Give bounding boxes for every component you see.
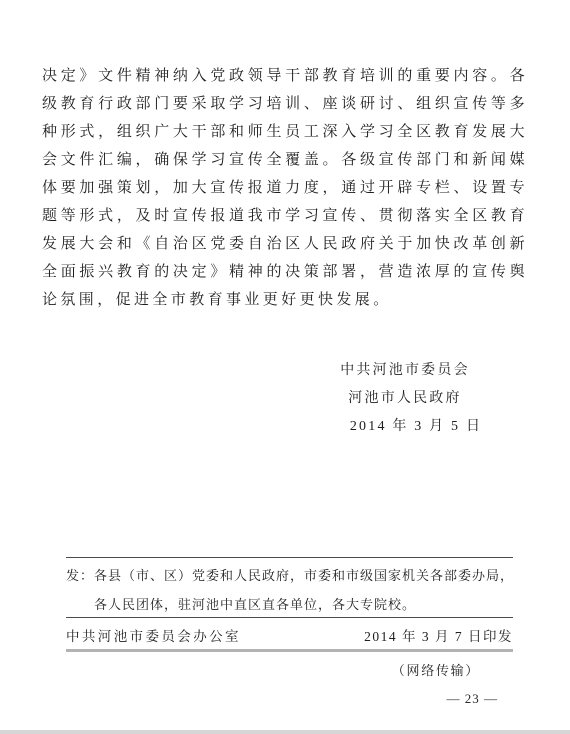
transmission-note: （网络传输） xyxy=(392,660,480,679)
body-line: 题等形式，及时宣传报道我市学习宣传、贯彻落实全区教育 xyxy=(42,202,528,230)
footer-bottom-divider xyxy=(66,649,513,652)
distribution-line: 各县（市、区）党委和人民政府，市委和市级国家机关各部委办局， xyxy=(94,561,526,590)
signature-date: 2014 年 3 月 5 日 xyxy=(342,413,490,441)
scan-edge-bottom xyxy=(0,730,570,734)
distribution-label: 发： xyxy=(66,561,94,590)
signature-government: 河池市人民政府 xyxy=(320,385,490,413)
body-line: 全面振兴教育的决定》精神的决策部署，营造浓厚的宣传舆 xyxy=(42,258,528,286)
footer-print-date: 2014 年 3 月 7 日印发 xyxy=(364,627,513,647)
footer-issuing-office: 中共河池市委员会办公室 xyxy=(66,627,241,647)
body-line: 种形式，组织广大干部和师生员工深入学习全区教育发展大 xyxy=(42,118,528,146)
footer-top-divider xyxy=(66,617,513,618)
body-line: 发展大会和《自治区党委自治区人民政府关于加快改革创新 xyxy=(42,230,528,258)
distribution-section: 发： 各县（市、区）党委和人民政府，市委和市级国家机关各部委办局， 各人民团体，… xyxy=(66,561,526,619)
signature-block: 中共河池市委员会 河池市人民政府 2014 年 3 月 5 日 xyxy=(320,357,490,441)
footer-issuer-row: 中共河池市委员会办公室 2014 年 3 月 7 日印发 xyxy=(66,627,513,647)
distribution-list: 各县（市、区）党委和人民政府，市委和市级国家机关各部委办局， 各人民团体，驻河池… xyxy=(94,561,526,619)
distribution-top-divider xyxy=(66,557,513,558)
body-line: 体要加强策划，加大宣传报道力度，通过开辟专栏、设置专 xyxy=(42,174,528,202)
page-number: — 23 — xyxy=(447,691,499,707)
body-line: 会文件汇编，确保学习宣传全覆盖。各级宣传部门和新闻媒 xyxy=(42,146,528,174)
body-line: 论氛围，促进全市教育事业更好更快发展。 xyxy=(42,286,528,314)
body-line: 决定》文件精神纳入党政领导干部教育培训的重要内容。各 xyxy=(42,62,528,90)
document-body-paragraph: 决定》文件精神纳入党政领导干部教育培训的重要内容。各 级教育行政部门要采取学习培… xyxy=(42,62,528,314)
body-line: 级教育行政部门要采取学习培训、座谈研讨、组织宣传等多 xyxy=(42,90,528,118)
document-page: 决定》文件精神纳入党政领导干部教育培训的重要内容。各 级教育行政部门要采取学习培… xyxy=(0,0,570,734)
distribution-line: 各人民团体，驻河池中直区直各单位，各大专院校。 xyxy=(94,590,526,619)
signature-party-committee: 中共河池市委员会 xyxy=(320,357,490,385)
